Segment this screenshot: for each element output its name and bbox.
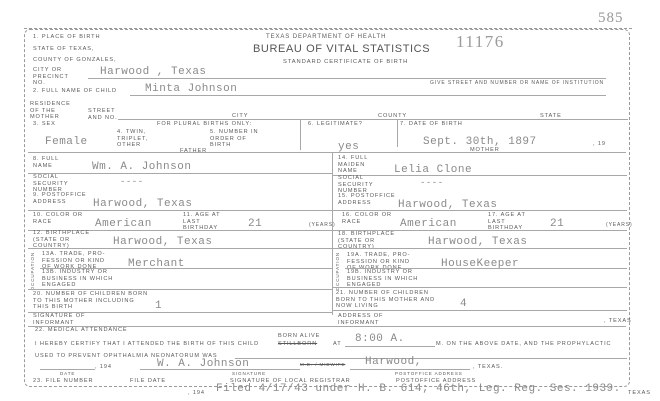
mother-birthplace-value: Harwood, Texas xyxy=(428,236,527,248)
father-ssn-value: ---- xyxy=(120,177,144,187)
city-line xyxy=(88,78,606,79)
father-name-value: Wm. A. Johnson xyxy=(92,161,191,173)
mother-name-label: 14. FULL MAIDEN NAME xyxy=(338,155,378,175)
born-alive-label: BORN ALIVE xyxy=(278,333,320,340)
state-label: STATE OF TEXAS, xyxy=(33,46,94,53)
form-title: STANDARD CERTIFICATE OF BIRTH xyxy=(283,59,408,66)
father-years-label: (YEARS) xyxy=(309,222,336,229)
child-name-label: 2. FULL NAME OF CHILD xyxy=(33,88,117,95)
filing-year-prefix: , 194 xyxy=(188,390,205,397)
page-number: 585 xyxy=(598,10,624,27)
parents-divider xyxy=(332,153,333,315)
city-value: Harwood , Texas xyxy=(100,66,207,78)
child-name-line xyxy=(130,95,606,96)
father-age-label: 11. AGE AT LAST BIRTHDAY xyxy=(183,212,227,232)
department-name: TEXAS DEPARTMENT OF HEALTH xyxy=(266,34,386,41)
father-address-value: Harwood, Texas xyxy=(93,198,192,210)
child-name-value: Minta Johnson xyxy=(145,83,237,95)
certificate-number: 11176 xyxy=(456,32,505,52)
divider xyxy=(28,289,332,290)
mother-ssn-label: SOCIAL SECURITY NUMBER xyxy=(338,175,378,195)
mother-race-label: 16. COLOR OR RACE xyxy=(342,212,392,225)
divider xyxy=(333,310,627,311)
father-name-label: 8. FULL NAME xyxy=(33,156,73,169)
institution-hint: GIVE STREET AND NUMBER OR NAME OF INSTIT… xyxy=(430,80,604,87)
father-age-value: 21 xyxy=(248,218,262,230)
residence-line xyxy=(118,119,628,120)
father-birthplace-value: Harwood, Texas xyxy=(113,236,212,248)
father-address-label: 9. POSTOFFICE ADDRESS xyxy=(33,192,93,205)
postoffice-caption: POSTOFFICE ADDRESS xyxy=(395,371,463,378)
street-label: STREET AND NO. xyxy=(88,108,118,121)
father-children-label: 20. NUMBER OF CHILDREN BORN TO THIS MOTH… xyxy=(33,291,153,311)
mother-children-value: 4 xyxy=(460,298,467,310)
file-date-label: FILE DATE xyxy=(130,378,166,385)
informant-address-label: ADDRESS OF INFORMANT xyxy=(338,313,388,326)
medical-attendance-label: 22. MEDICAL ATTENDANCE xyxy=(35,327,128,334)
time-suffix: M. ON THE ABOVE DATE, AND THE PROPHYLACT… xyxy=(436,341,612,348)
father-children-value: 1 xyxy=(155,300,162,312)
mother-age-value: 21 xyxy=(550,218,564,230)
date-caption: DATE xyxy=(60,371,75,378)
father-birthplace-label: 12. BIRTHPLACE (STATE OR COUNTRY) xyxy=(33,230,93,250)
bureau-title: BUREAU OF VITAL STATISTICS xyxy=(253,43,430,55)
filing-texas-label: TEXAS xyxy=(628,390,651,397)
md-midwife-struck: M.D. / MIDWIFE xyxy=(300,362,345,369)
mother-industry-label: 19B. INDUSTRY OR BUSINESS IN WHICH ENGAG… xyxy=(347,269,419,289)
residence-label: RESIDENCE OF THE MOTHER xyxy=(30,101,74,121)
parents-top-line xyxy=(28,152,626,153)
county-label: COUNTY OF GONZALES, xyxy=(33,57,117,64)
mother-race-value: American xyxy=(400,218,457,230)
place-of-birth-label: 1. PLACE OF BIRTH xyxy=(33,34,100,41)
prophylactic-line xyxy=(235,358,627,359)
year-suffix: , 19 xyxy=(593,141,606,148)
informant-signature-label: SIGNATURE OF INFORMANT xyxy=(33,313,93,326)
mother-age-label: 17. AGE AT LAST BIRTHDAY xyxy=(488,212,532,232)
mother-children-label: 21. NUMBER OF CHILDREN BORN TO THIS MOTH… xyxy=(336,290,446,310)
stillborn-struck-label: STILLBORN xyxy=(278,341,317,348)
signature-line xyxy=(140,369,300,370)
order-label: 5. NUMBER IN ORDER OF BIRTH xyxy=(210,129,260,149)
mother-years-label: (YEARS) xyxy=(606,222,633,229)
postoffice-line xyxy=(350,369,470,370)
divider xyxy=(28,248,332,249)
medical-texas-label: , TEXAS. xyxy=(473,364,503,371)
date-line xyxy=(40,369,95,370)
mother-ssn-value: ---- xyxy=(420,178,444,188)
plural-births-label: FOR PLURAL BIRTHS ONLY: xyxy=(157,121,252,128)
filed-note-value: Filed 4/17/43 under H. B. 614; 46th, Leg… xyxy=(216,383,621,395)
father-industry-label: 13B. INDUSTRY OR BUSINESS IN WHICH ENGAG… xyxy=(42,269,114,289)
sex-value: Female xyxy=(45,136,88,148)
father-ssn-label: SOCIAL SECURITY NUMBER xyxy=(33,174,73,194)
father-occupation-side-label: OCCUPATION xyxy=(30,252,37,290)
twin-label: 4. TWIN, TRIPLET, OTHER xyxy=(117,129,162,149)
legitimate-divider xyxy=(300,120,301,150)
divider xyxy=(28,210,332,211)
informant-texas-suffix: , TEXAS xyxy=(604,318,632,325)
legitimate-label: 6. LEGITIMATE? xyxy=(308,121,363,128)
certify-text: I HEREBY CERTIFY THAT I ATTENDED THE BIR… xyxy=(35,341,259,348)
date-of-birth-label: 7. DATE OF BIRTH xyxy=(400,121,463,128)
attendant-postoffice-value: Harwood, xyxy=(365,356,422,368)
date-divider xyxy=(397,120,398,147)
time-line xyxy=(345,346,435,347)
birth-time-value: 8:00 A. xyxy=(355,333,405,345)
city-label: CITY OR PRECINCT NO. xyxy=(33,67,83,87)
medical-year-prefix: , 194 xyxy=(95,364,112,371)
divider xyxy=(333,210,627,211)
file-number-label: 23. FILE NUMBER xyxy=(33,378,93,385)
father-race-value: American xyxy=(95,218,152,230)
sex-label: 3. SEX xyxy=(33,121,56,128)
mother-occupation-side-label: OCCUPATION xyxy=(335,252,342,290)
signature-caption: SIGNATURE xyxy=(232,371,266,378)
divider xyxy=(333,287,627,288)
divider xyxy=(28,173,332,174)
divider xyxy=(333,248,627,249)
at-label: AT xyxy=(333,341,342,348)
mother-address-label: 15. POSTOFFICE ADDRESS xyxy=(338,193,398,206)
father-race-label: 10. COLOR OR RACE xyxy=(33,212,83,225)
